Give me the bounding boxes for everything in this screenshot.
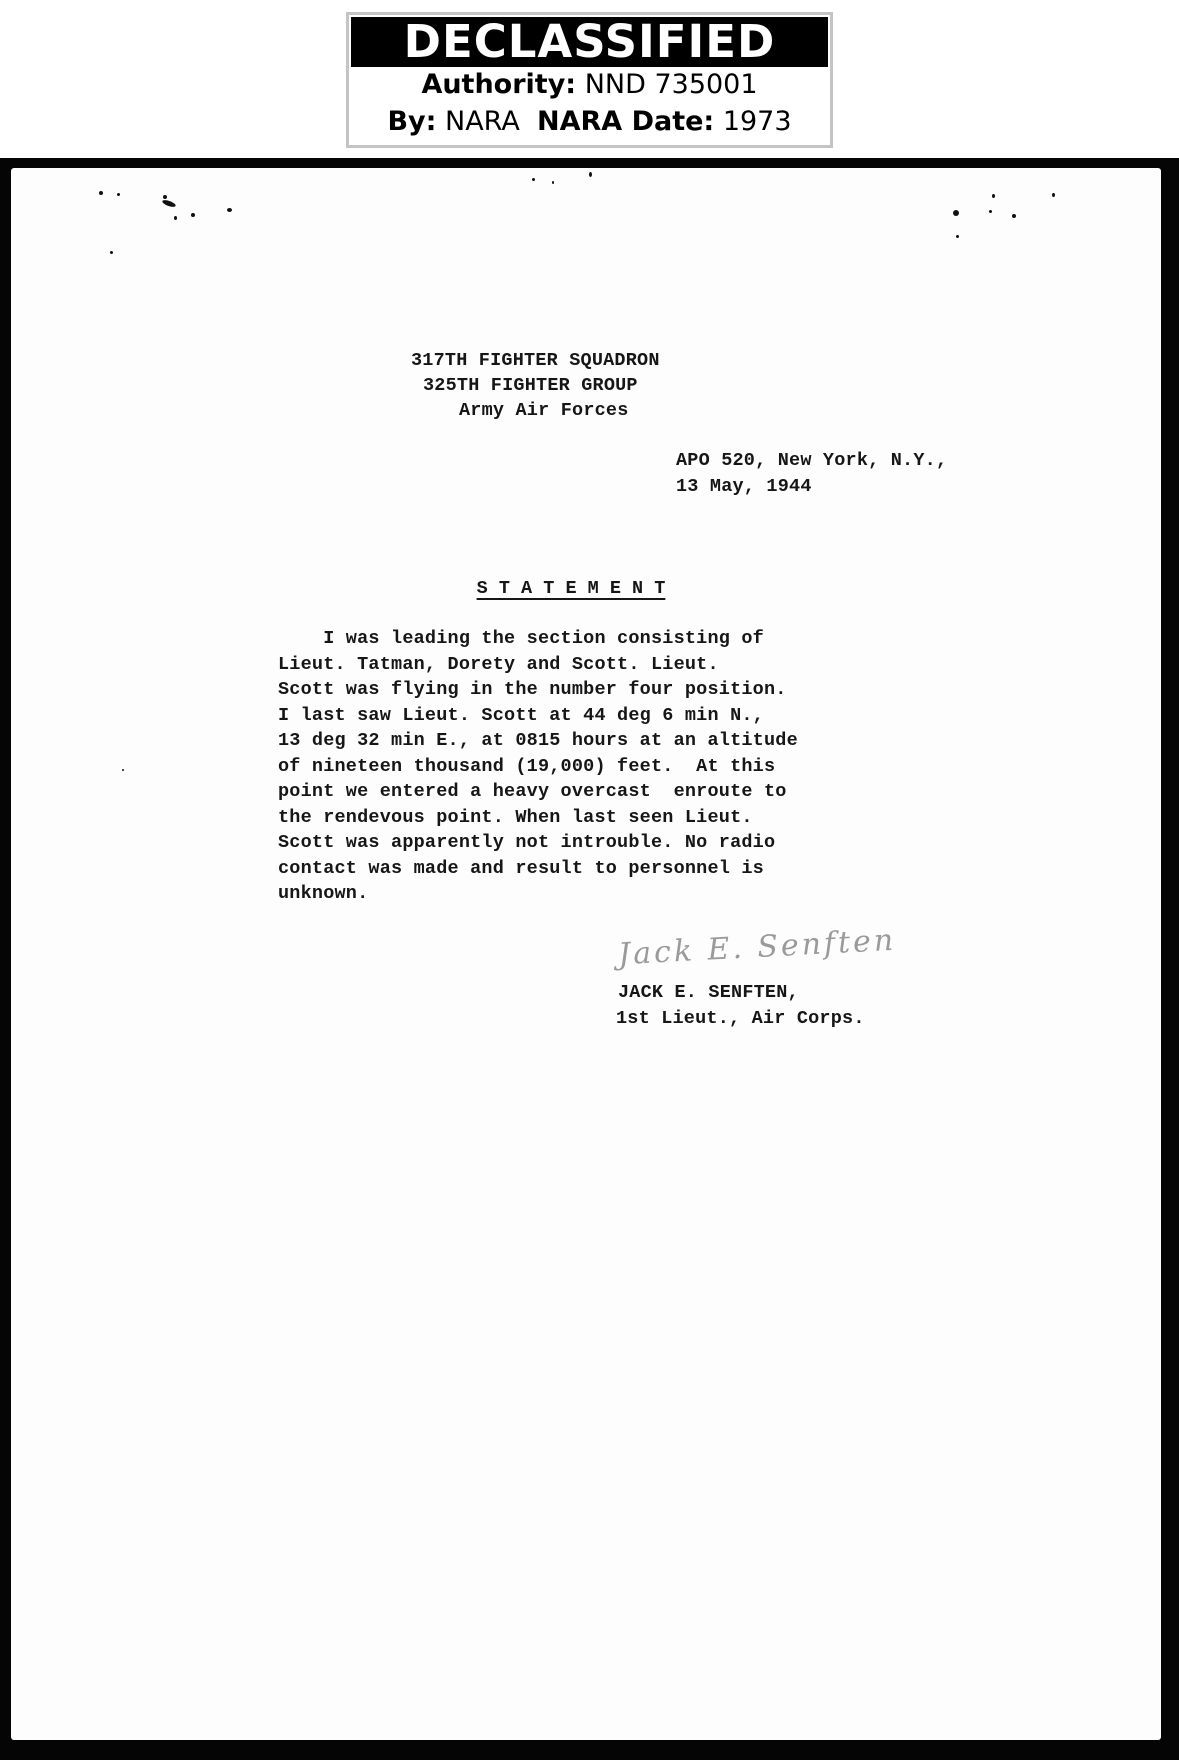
stamp-by-label: By:: [387, 106, 436, 137]
scan-speck: [989, 210, 992, 213]
letterhead-group: 325TH FIGHTER GROUP: [423, 373, 638, 398]
letterhead-branch: Army Air Forces: [459, 398, 629, 423]
statement-line: unknown.: [278, 881, 798, 907]
signatory-name: JACK E. SENFTEN,: [618, 980, 799, 1005]
scan-speck: [227, 208, 232, 212]
statement-line: point we entered a heavy overcast enrout…: [278, 779, 798, 805]
scan-speck: [589, 172, 592, 177]
scan-speck: [110, 251, 113, 254]
scan-speck: [174, 216, 177, 220]
scan-speck: [117, 193, 120, 196]
statement-line: the rendevous point. When last seen Lieu…: [278, 805, 798, 831]
scan-speck: [1052, 193, 1055, 197]
statement-line: Scott was flying in the number four posi…: [278, 677, 798, 703]
statement-line: I was leading the section consisting of: [278, 626, 798, 652]
statement-line: Scott was apparently not introuble. No r…: [278, 830, 798, 856]
scanned-page-border: 317TH FIGHTER SQUADRON 325TH FIGHTER GRO…: [0, 158, 1179, 1760]
letterhead-unit: 317TH FIGHTER SQUADRON: [411, 348, 660, 373]
signatory-rank: 1st Lieut., Air Corps.: [616, 1006, 865, 1031]
stamp-authority: Authority: NND 735001: [349, 69, 830, 101]
document-title-text: S T A T E M E N T: [477, 576, 666, 602]
stamp-by-value: NARA: [445, 106, 520, 137]
statement-line: Lieut. Tatman, Dorety and Scott. Lieut.: [278, 652, 798, 678]
stamp-authority-label: Authority:: [421, 69, 576, 100]
statement-line: of nineteen thousand (19,000) feet. At t…: [278, 754, 798, 780]
scan-speck: [99, 191, 103, 195]
handwritten-signature: Jack E. Senften: [617, 923, 897, 973]
scan-speck: [163, 195, 167, 199]
document-date: 13 May, 1944: [676, 474, 812, 499]
scan-speck: [953, 210, 959, 216]
scan-speck: [552, 181, 554, 184]
address-line: APO 520, New York, N.Y.,: [676, 448, 947, 473]
scan-speck: [992, 194, 995, 198]
stamp-date-label: NARA Date:: [537, 106, 714, 137]
statement-line: contact was made and result to personnel…: [278, 856, 798, 882]
stamp-title: DECLASSIFIED: [351, 17, 828, 67]
stamp-authority-value: NND 735001: [585, 69, 758, 100]
scan-speck: [162, 199, 177, 208]
scan-speck: [122, 769, 124, 771]
declassified-stamp: DECLASSIFIED Authority: NND 735001 By: N…: [346, 12, 833, 148]
scan-speck: [532, 178, 535, 181]
document-title: S T A T E M E N T: [410, 550, 665, 628]
scan-speck: [191, 213, 195, 217]
stamp-date-value: 1973: [723, 106, 792, 137]
document-page: 317TH FIGHTER SQUADRON 325TH FIGHTER GRO…: [11, 168, 1161, 1740]
stamp-by-date: By: NARA NARA Date: 1973: [349, 106, 830, 138]
statement-body: I was leading the section consisting ofL…: [278, 626, 798, 907]
scan-speck: [1012, 214, 1016, 218]
statement-line: I last saw Lieut. Scott at 44 deg 6 min …: [278, 703, 798, 729]
statement-line: 13 deg 32 min E., at 0815 hours at an al…: [278, 728, 798, 754]
scan-speck: [956, 235, 959, 238]
